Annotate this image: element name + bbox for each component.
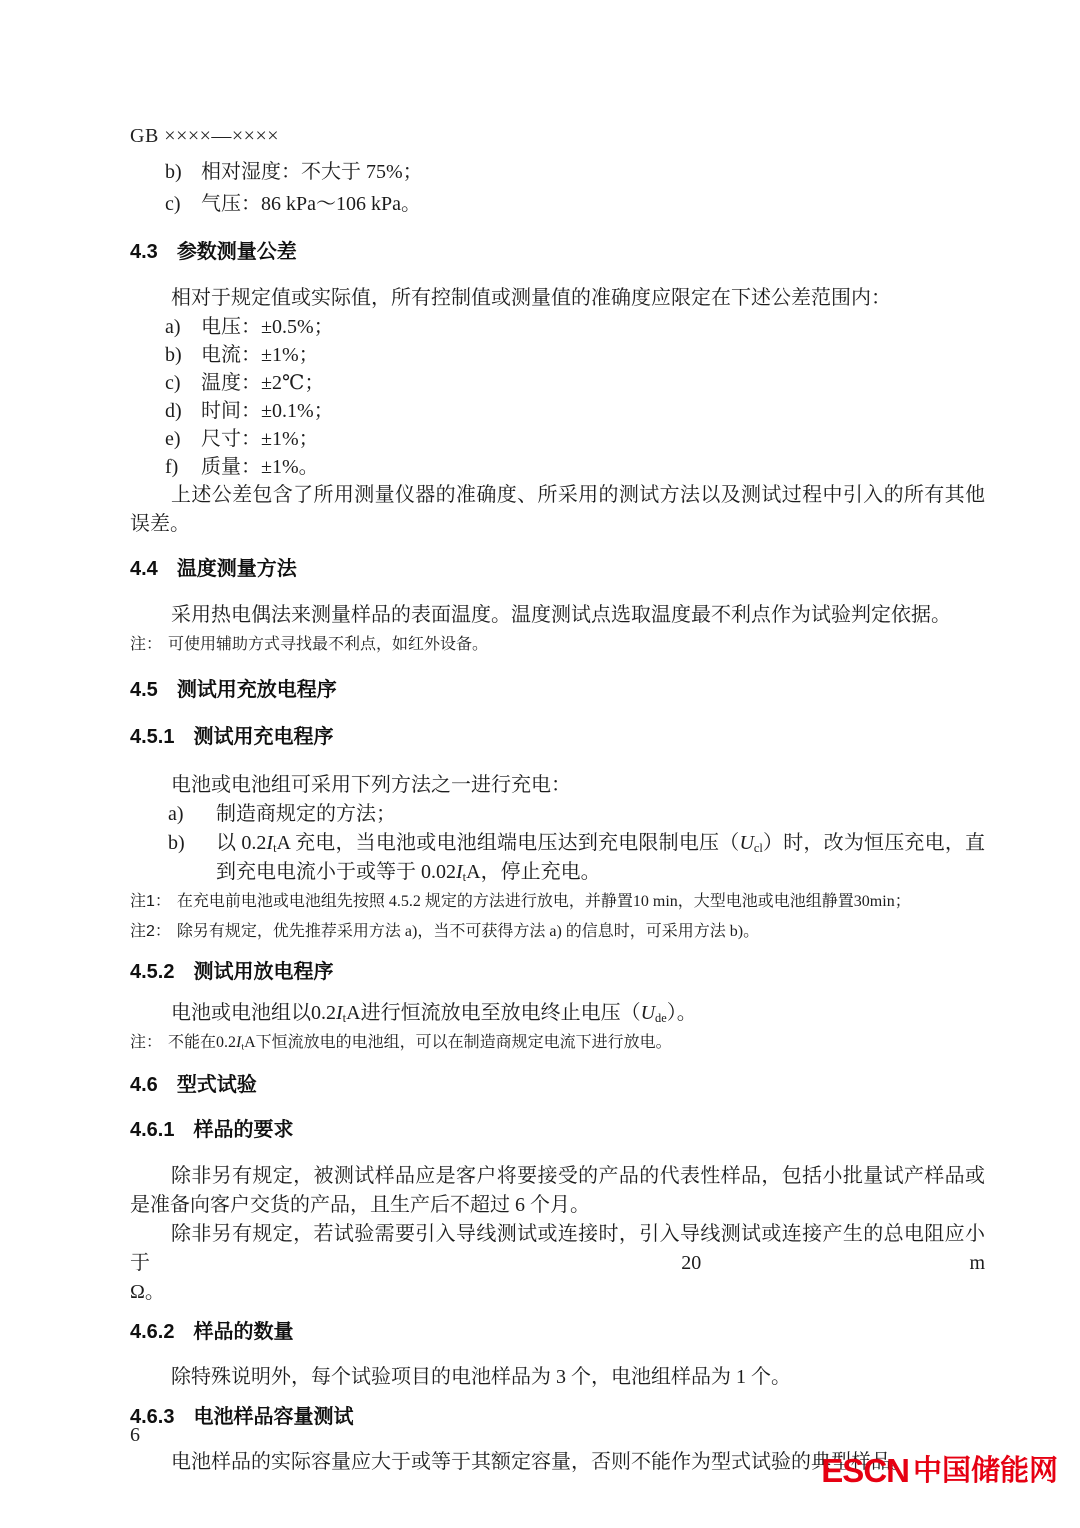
note: 注： 可使用辅助方式寻找最不利点，如红外设备。	[130, 630, 985, 660]
section-heading-4-5-2: 4.5.2测试用放电程序	[130, 960, 985, 984]
list-item-marker: d)	[165, 397, 201, 425]
list-item-marker: e)	[165, 425, 201, 453]
section-title: 型式试验	[177, 1074, 257, 1096]
section-number: 4.5	[130, 679, 158, 701]
section-title: 样品的数量	[193, 1321, 293, 1343]
list-item-marker: a)	[168, 800, 216, 829]
section-heading-4-3: 4.3参数测量公差	[130, 240, 985, 264]
section-heading-4-5-1: 4.5.1测试用充电程序	[130, 725, 985, 749]
section-number: 4.3	[130, 241, 158, 263]
list-item-marker: b)	[165, 156, 201, 188]
list-item-text: 气压：86 kPa～106 kPa。	[201, 188, 985, 220]
section-title: 电池样品容量测试	[193, 1406, 353, 1428]
list-item: a)电压：±0.5%；	[165, 313, 985, 341]
section-title: 参数测量公差	[177, 241, 297, 263]
doc-number: GB ××××—××××	[130, 124, 985, 148]
paragraph: 上述公差包含了所用测量仪器的准确度、所采用的测试方法以及测试过程中引入的所有其他…	[130, 481, 985, 539]
section-heading-4-6: 4.6型式试验	[130, 1073, 985, 1097]
section-heading-4-6-3: 4.6.3电池样品容量测试	[130, 1405, 985, 1429]
paragraph-line: 除非另有规定，若试验需要引入导线测试或连接时，引入导线测试或连接产生的总电阻应小…	[130, 1220, 985, 1278]
paragraph: 电池或电池组以0.2ItA进行恒流放电至放电终止电压（Ude）。	[130, 999, 985, 1028]
list-item-marker: a)	[165, 313, 201, 341]
note-text: 不能在0.2ItA下恒流放电的电池组，可以在制造商规定电流下进行放电。	[168, 1028, 985, 1058]
section-heading-4-4: 4.4温度测量方法	[130, 557, 985, 581]
list-item: b) 相对湿度：不大于 75%；	[165, 156, 985, 188]
list-item-text: 尺寸：±1%；	[201, 425, 985, 453]
section-title: 测试用充电程序	[193, 726, 333, 748]
paragraph-line: Ω。	[130, 1278, 985, 1307]
list-item-text: 相对湿度：不大于 75%；	[201, 156, 985, 188]
note-text: 在充电前电池或电池组先按照 4.5.2 规定的方法进行放电，并静置10 min，…	[177, 887, 985, 917]
list-item-text: 以 0.2ItA 充电，当电池或电池组端电压达到充电限制电压（Ucl）时，改为恒…	[216, 829, 985, 887]
paragraph: 除非另有规定，被测试样品应是客户将要接受的产品的代表性样品，包括小批量试产样品或…	[130, 1162, 985, 1220]
note-label: 注：	[130, 1028, 162, 1058]
section-title: 温度测量方法	[177, 558, 297, 580]
list-item: a) 制造商规定的方法；	[168, 800, 985, 829]
paragraph: 采用热电偶法来测量样品的表面温度。温度测试点选取温度最不利点作为试验判定依据。	[130, 601, 985, 630]
paragraph: 除特殊说明外，每个试验项目的电池样品为 3 个，电池组样品为 1 个。	[130, 1363, 985, 1392]
note-label: 注：	[130, 630, 162, 660]
section-title: 样品的要求	[193, 1119, 293, 1141]
list-item-marker: b)	[165, 341, 201, 369]
section-number: 4.6.1	[130, 1119, 174, 1141]
list-item: c)温度：±2℃；	[165, 369, 985, 397]
section-number: 4.6	[130, 1074, 158, 1096]
list-item-text: 制造商规定的方法；	[216, 800, 985, 829]
list-item-text: 温度：±2℃；	[201, 369, 985, 397]
note-text: 除另有规定，优先推荐采用方法 a)，当不可获得方法 a) 的信息时，可采用方法 …	[177, 917, 985, 947]
list-item-text: 质量：±1%。	[201, 453, 985, 481]
tolerance-list: a)电压：±0.5%； b)电流：±1%； c)温度：±2℃； d)时间：±0.…	[130, 313, 985, 481]
page-number: 6	[130, 1424, 140, 1447]
section-number: 4.5.2	[130, 961, 174, 983]
section-heading-4-5: 4.5测试用充放电程序	[130, 678, 985, 702]
list-item-marker: c)	[165, 369, 201, 397]
note: 注： 不能在0.2ItA下恒流放电的电池组，可以在制造商规定电流下进行放电。	[130, 1028, 985, 1058]
paragraph: 相对于规定值或实际值，所有控制值或测量值的准确度应限定在下述公差范围内：	[130, 284, 985, 313]
note-label: 注2：	[130, 917, 171, 947]
list-item: f)质量：±1%。	[165, 453, 985, 481]
list-item: b) 以 0.2ItA 充电，当电池或电池组端电压达到充电限制电压（Ucl）时，…	[168, 829, 985, 887]
section-title: 测试用充放电程序	[177, 679, 337, 701]
section-heading-4-6-2: 4.6.2样品的数量	[130, 1320, 985, 1344]
list-item-marker: f)	[165, 453, 201, 481]
list-item-marker: b)	[168, 829, 216, 887]
section-title: 测试用放电程序	[193, 961, 333, 983]
escn-logo: ESCN 中国储能网	[821, 1454, 1058, 1488]
escn-logo-latin: ESCN	[821, 1454, 909, 1488]
list-item: e)尺寸：±1%；	[165, 425, 985, 453]
list-item-text: 电流：±1%；	[201, 341, 985, 369]
note-2: 注2： 除另有规定，优先推荐采用方法 a)，当不可获得方法 a) 的信息时，可采…	[130, 917, 985, 947]
section-number: 4.5.1	[130, 726, 174, 748]
list-item-marker: c)	[165, 188, 201, 220]
environment-condition-list: b) 相对湿度：不大于 75%； c) 气压：86 kPa～106 kPa。	[130, 156, 985, 220]
note-label: 注1：	[130, 887, 171, 917]
note-1: 注1： 在充电前电池或电池组先按照 4.5.2 规定的方法进行放电，并静置10 …	[130, 887, 985, 917]
list-item-text: 电压：±0.5%；	[201, 313, 985, 341]
list-item-text: 时间：±0.1%；	[201, 397, 985, 425]
charge-method-list: a) 制造商规定的方法； b) 以 0.2ItA 充电，当电池或电池组端电压达到…	[130, 800, 985, 887]
section-number: 4.6.2	[130, 1321, 174, 1343]
list-item: d)时间：±0.1%；	[165, 397, 985, 425]
section-heading-4-6-1: 4.6.1样品的要求	[130, 1118, 985, 1142]
list-item: b)电流：±1%；	[165, 341, 985, 369]
paragraph: 电池或电池组可采用下列方法之一进行充电：	[130, 771, 985, 800]
list-item: c) 气压：86 kPa～106 kPa。	[165, 188, 985, 220]
standard-document-page: GB ××××—×××× b) 相对湿度：不大于 75%； c) 气压：86 k…	[0, 0, 1080, 1528]
note-text: 可使用辅助方式寻找最不利点，如红外设备。	[168, 630, 985, 660]
section-number: 4.4	[130, 558, 158, 580]
escn-logo-cjk: 中国储能网	[913, 1454, 1058, 1488]
